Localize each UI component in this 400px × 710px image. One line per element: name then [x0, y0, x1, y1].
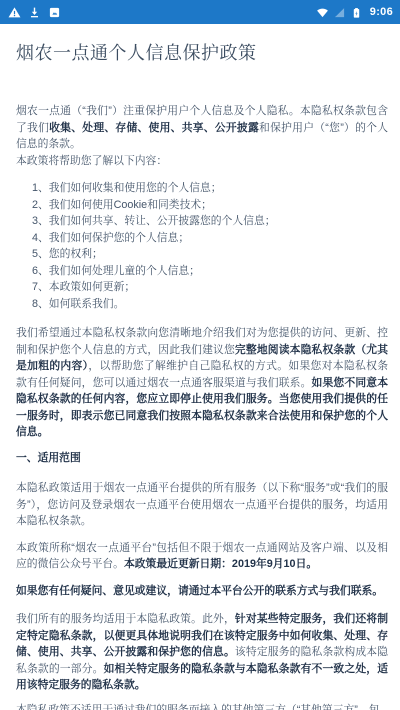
list-item: 3、我们如何共享、转让、公开披露您的个人信息； — [32, 213, 388, 230]
page-title: 烟农一点通个人信息保护政策 — [16, 41, 388, 65]
policy-contents-lead: 本政策将帮助您了解以下内容： — [16, 153, 388, 170]
list-item: 1、我们如何收集和使用您的个人信息； — [32, 180, 388, 197]
status-bar: 9:06 — [0, 0, 400, 24]
list-item: 2、我们如何使用Cookie和同类技术； — [32, 197, 388, 214]
battery-icon — [350, 6, 363, 19]
list-item: 6、我们如何处理儿童的个人信息； — [32, 263, 388, 280]
list-item: 8、如何联系我们。 — [32, 296, 388, 313]
wifi-icon — [316, 6, 329, 19]
update-date-bold: 本政策最近更新日期：2019年9月10日。 — [124, 558, 317, 570]
download-icon — [28, 6, 41, 19]
status-bar-right: 9:06 — [316, 6, 393, 19]
policy-paragraph-platform: 本政策所称“烟农一点通平台”包括但不限于烟农一点通网站及客户端、以及相应的微信公… — [16, 540, 388, 573]
no-signal-icon — [333, 6, 346, 19]
list-item: 7、本政策如何更新； — [32, 279, 388, 296]
policy-paragraph-read-notice: 我们希望通过本隐私权条款向您清晰地介绍我们对为您提供的访问、更新、控制和保护您个… — [16, 325, 388, 441]
list-item: 5、您的权利； — [32, 246, 388, 263]
specific-text: 我们所有的服务均适用于本隐私政策。此外， — [16, 613, 235, 625]
policy-paragraph-specific-terms: 我们所有的服务均适用于本隐私政策。此外，针对某些特定服务，我们还将制定特定隐私条… — [16, 611, 388, 694]
square-app-icon — [48, 6, 61, 19]
policy-paragraph-thirdparty: 本隐私政策不适用于通过我们的服务而接入的其他第三方（“其他第三方”，包 — [16, 702, 388, 710]
status-bar-clock: 9:06 — [370, 6, 393, 18]
policy-scroll-area[interactable]: 烟农一点通个人信息保护政策 烟农一点通（“我们”）注重保护用户个人信息及个人隐私… — [0, 24, 400, 710]
section-heading-scope: 一、适用范围 — [16, 450, 388, 467]
intro-bold-terms: 收集、处理、存储、使用、共享、公开披露 — [49, 122, 259, 134]
policy-contents-list: 1、我们如何收集和使用您的个人信息； 2、我们如何使用Cookie和同类技术； … — [16, 180, 388, 312]
list-item: 4、我们如何保护您的个人信息； — [32, 230, 388, 247]
warning-icon — [8, 6, 21, 19]
policy-paragraph-contact: 如果您有任何疑问、意见或建议，请通过本平台公开的联系方式与我们联系。 — [16, 583, 388, 600]
policy-paragraph-intro: 烟农一点通（“我们”）注重保护用户个人信息及个人隐私。本隐私权条款包含了我们收集… — [16, 103, 388, 153]
status-bar-left — [8, 6, 61, 19]
policy-paragraph-scope: 本隐私政策适用于烟农一点通平台提供的所有服务（以下称“服务”或“我们的服务”），… — [16, 480, 388, 530]
